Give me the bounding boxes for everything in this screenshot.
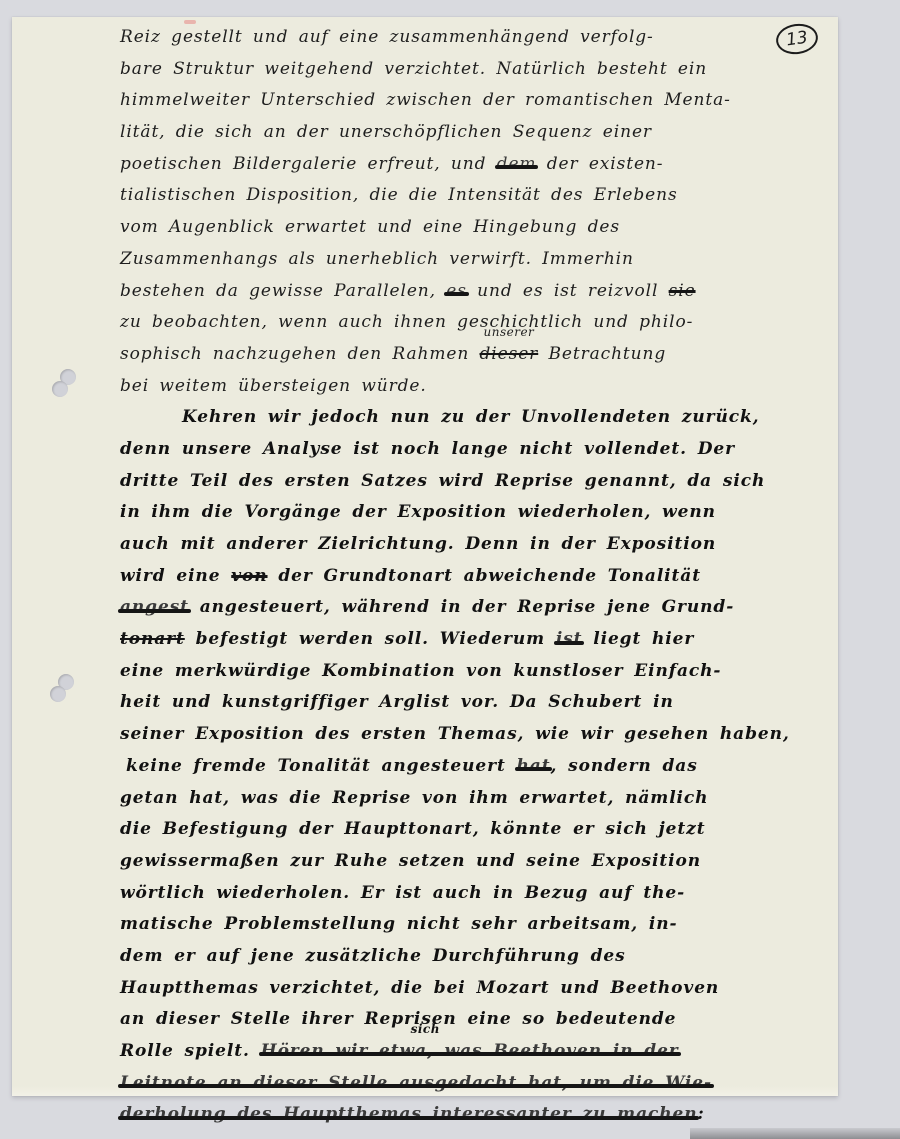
insertion-group: sichHören wir etwa, was Beethoven in der <box>261 1036 679 1068</box>
struck-passage: derholung des Hauptthemas interessanter … <box>120 1099 697 1131</box>
text-line: bestehen da gewisse Parallelen, es und e… <box>120 276 810 308</box>
line-text: befestigt werden soll. Wiederum <box>185 629 556 649</box>
insertion-group: unsererdieser <box>480 339 539 371</box>
line-text: : <box>697 1104 704 1124</box>
struck-word: dem <box>497 149 537 181</box>
text-line: getan hat, was die Reprise von ihm erwar… <box>120 783 810 815</box>
inserted-word: unserer <box>484 325 535 339</box>
line-text: der existen- <box>536 154 663 174</box>
line-text: keine fremde Tonalität angesteuert <box>126 756 517 776</box>
text-line: himmelweiter Unterschied zwischen der ro… <box>120 85 810 117</box>
line-text: , sondern das <box>550 756 697 776</box>
text-line: Leitnote an dieser Stelle ausgedacht hat… <box>120 1068 810 1100</box>
line-text: wird eine <box>120 566 231 586</box>
text-line: angest angesteuert, während in der Repri… <box>120 592 810 624</box>
text-line: eine merkwürdige Kombination von kunstlo… <box>120 656 810 688</box>
text-line: an dieser Stelle ihrer Reprisen eine so … <box>120 1004 810 1036</box>
line-text: poetischen Bildergalerie erfreut, und <box>120 154 497 174</box>
text-line: vom Augenblick erwartet und eine Hingebu… <box>120 212 810 244</box>
text-line: zu beobachten, wenn auch ihnen geschicht… <box>120 307 810 339</box>
line-text: liegt hier <box>582 629 694 649</box>
struck-word: angest <box>120 592 189 624</box>
text-line: tonart befestigt werden soll. Wiederum i… <box>120 624 810 656</box>
struck-word: tonart <box>120 629 185 649</box>
text-line: Rolle spielt. sichHören wir etwa, was Be… <box>120 1036 810 1068</box>
text-line: derholung des Hauptthemas interessanter … <box>120 1099 810 1131</box>
punch-hole-icon <box>50 674 72 704</box>
line-text: und es ist reizvoll <box>467 281 669 301</box>
text-line: poetischen Bildergalerie erfreut, und de… <box>120 149 810 181</box>
text-line: bare Struktur weitgehend verzichtet. Nat… <box>120 54 810 86</box>
struck-passage: Hören wir etwa, was Beethoven in der <box>261 1036 679 1068</box>
line-text: Rolle spielt. <box>120 1041 261 1061</box>
text-line: die Befestigung der Haupttonart, könnte … <box>120 814 810 846</box>
text-line: Zusammenhangs als unerheblich verwirft. … <box>120 244 810 276</box>
struck-word: es <box>446 276 467 308</box>
struck-word: von <box>231 566 267 586</box>
text-line: seiner Exposition des ersten Themas, wie… <box>120 719 810 751</box>
struck-word: ist <box>556 624 583 656</box>
text-line: lität, die sich an der unerschöpflichen … <box>120 117 810 149</box>
text-line: tialistischen Disposition, die die Inten… <box>120 180 810 212</box>
struck-word: sie <box>669 281 696 301</box>
text-line: keine fremde Tonalität angesteuert hat, … <box>120 751 810 783</box>
text-line: dritte Teil des ersten Satzes wird Repri… <box>120 466 810 498</box>
text-line: Hauptthemas verzichtet, die bei Mozart u… <box>120 973 810 1005</box>
punch-hole-icon <box>52 369 74 399</box>
inserted-word: sich <box>411 1022 440 1036</box>
line-text: der Grundtonart abweichende Tonalität <box>268 566 701 586</box>
line-text: bestehen da gewisse Parallelen, <box>120 281 446 301</box>
paragraph-start-line: Kehren wir jedoch nun zu der Unvollendet… <box>120 402 810 434</box>
struck-passage: Leitnote an dieser Stelle ausgedacht hat… <box>120 1068 712 1100</box>
line-text: sophisch nachzugehen den Rahmen <box>120 344 480 364</box>
text-line: wird eine von der Grundtonart abweichend… <box>120 561 810 593</box>
struck-word: hat <box>517 751 551 783</box>
text-line: Reiz gestellt und auf eine zusammenhänge… <box>120 22 810 54</box>
text-line: bei weitem übersteigen würde. <box>120 371 810 403</box>
text-line: sophisch nachzugehen den Rahmen unsererd… <box>120 339 810 371</box>
text-line: heit und kunstgriffiger Arglist vor. Da … <box>120 687 810 719</box>
text-line: gewissermaßen zur Ruhe setzen und seine … <box>120 846 810 878</box>
manuscript-text: Reiz gestellt und auf eine zusammenhänge… <box>120 22 810 1131</box>
text-line: matische Problemstellung nicht sehr arbe… <box>120 909 810 941</box>
text-line: dem er auf jene zusätzliche Durchführung… <box>120 941 810 973</box>
text-line: auch mit anderer Zielrichtung. Denn in d… <box>120 529 810 561</box>
text-line: in ihm die Vorgänge der Exposition wiede… <box>120 497 810 529</box>
line-text: Betrachtung <box>538 344 666 364</box>
text-line: wörtlich wiederholen. Er ist auch in Bez… <box>120 878 810 910</box>
struck-word: dieser <box>480 344 539 364</box>
text-line: denn unsere Analyse ist noch lange nicht… <box>120 434 810 466</box>
line-text: angesteuert, während in der Reprise jene… <box>189 597 734 617</box>
